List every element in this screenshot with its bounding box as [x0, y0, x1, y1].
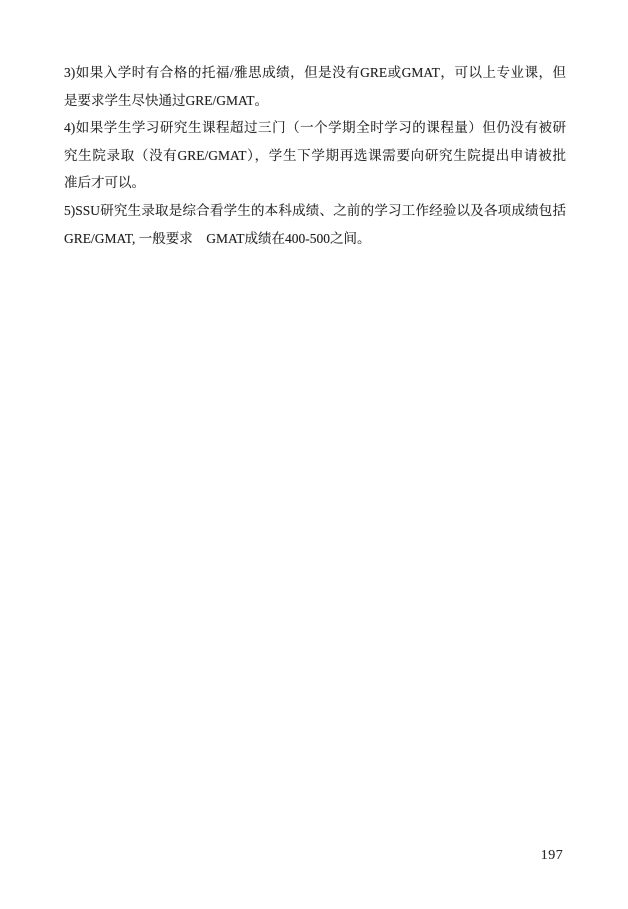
paragraph-5-line-1: 5)SSU研究生录取是综合看学生的本科成绩、之前的学习工作经验以及各项成绩包括: [64, 197, 566, 225]
paragraph-4-line-3: 准后才可以。: [64, 169, 566, 197]
paragraph-4-line-1: 4)如果学生学习研究生课程超过三门（一个学期全时学习的课程量）但仍没有被研: [64, 114, 566, 142]
paragraph-item-3: 3)如果入学时有合格的托福/雅思成绩，但是没有GRE或GMAT，可以上专业课，但…: [64, 59, 566, 114]
paragraph-3-line-2: 是要求学生尽快通过GRE/GMAT。: [64, 87, 566, 115]
text-block: 3)如果入学时有合格的托福/雅思成绩，但是没有GRE或GMAT，可以上专业课，但…: [64, 59, 566, 252]
page-number: 197: [538, 846, 566, 866]
paragraph-3-line-1: 3)如果入学时有合格的托福/雅思成绩，但是没有GRE或GMAT，可以上专业课，但: [64, 59, 566, 87]
paragraph-item-4: 4)如果学生学习研究生课程超过三门（一个学期全时学习的课程量）但仍没有被研 究生…: [64, 114, 566, 197]
paragraph-item-5: 5)SSU研究生录取是综合看学生的本科成绩、之前的学习工作经验以及各项成绩包括 …: [64, 197, 566, 252]
paragraph-5-line-2: GRE/GMAT, 一般要求 GMAT成绩在400-500之间。: [64, 225, 566, 253]
document-page: 3)如果入学时有合格的托福/雅思成绩，但是没有GRE或GMAT，可以上专业课，但…: [0, 0, 628, 909]
paragraph-4-line-2: 究生院录取（没有GRE/GMAT），学生下学期再选课需要向研究生院提出申请被批: [64, 142, 566, 170]
